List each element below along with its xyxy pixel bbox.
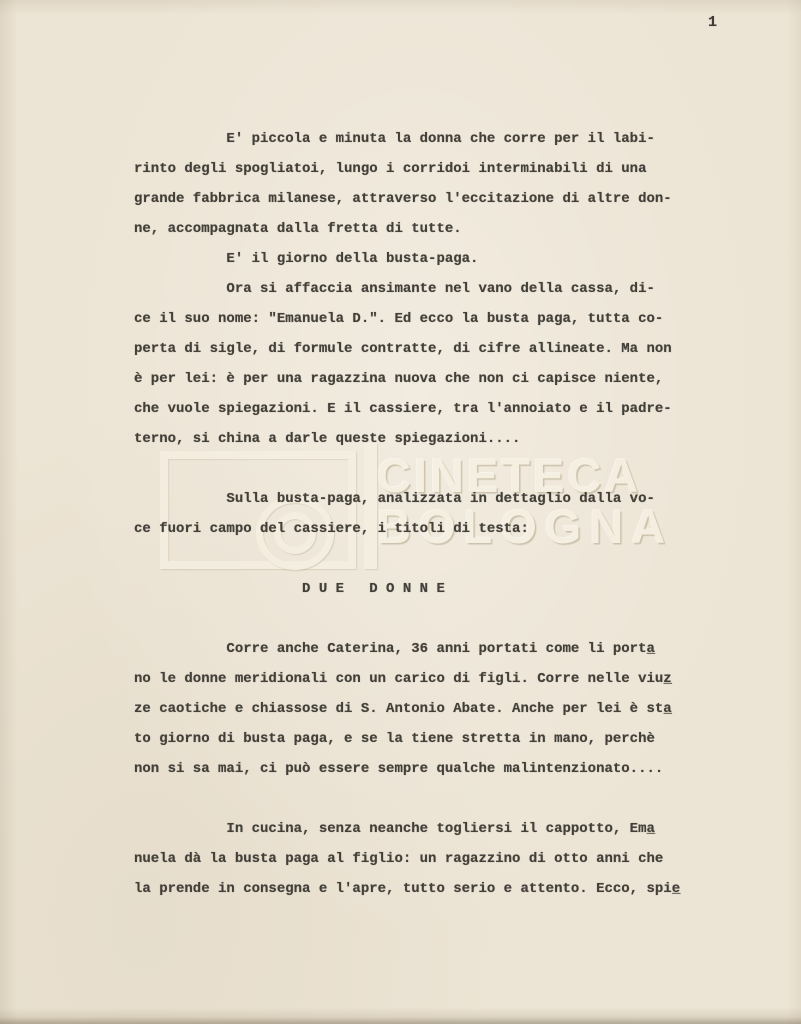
typewritten-line: non si sa mai, ci può essere sempre qual… [134,754,694,784]
typewritten-line: ne, accompagnata dalla fretta di tutte. [134,214,694,244]
typewritten-line: D U E D O N N E [134,574,694,604]
typewritten-line: E' il giorno della busta-paga. [134,244,694,274]
typewritten-line: che vuole spiegazioni. E il cassiere, tr… [134,394,694,424]
page-number: 1 [708,14,717,31]
typewritten-line: ze caotiche e chiassose di S. Antonio Ab… [134,694,694,724]
typescript: E' piccola e minuta la donna che corre p… [134,124,694,904]
typewritten-line: E' piccola e minuta la donna che corre p… [134,124,694,154]
typewritten-line: terno, si china a darle queste spiegazio… [134,424,694,454]
typewritten-line: grande fabbrica milanese, attraverso l'e… [134,184,694,214]
typewritten-line: la prende in consegna e l'apre, tutto se… [134,874,694,904]
typewritten-line: Corre anche Caterina, 36 anni portati co… [134,634,694,664]
blank-line [134,604,694,634]
blank-line [134,454,694,484]
typewritten-line: Ora si affaccia ansimante nel vano della… [134,274,694,304]
typewritten-line: nuela dà la busta paga al figlio: un rag… [134,844,694,874]
typewritten-line: no le donne meridionali con un carico di… [134,664,694,694]
scanned-page: 1 CINETECA BOLOGNA E' piccola e minuta l… [0,0,801,1024]
blank-line [134,544,694,574]
typewritten-line: Sulla busta-paga, analizzata in dettagli… [134,484,694,514]
typewritten-line: rinto degli spogliatoi, lungo i corridoi… [134,154,694,184]
typewritten-line: to giorno di busta paga, e se la tiene s… [134,724,694,754]
blank-line [134,784,694,814]
typewritten-line: perta di sigle, di formule contratte, di… [134,334,694,364]
typewritten-line: ce fuori campo del cassiere, i titoli di… [134,514,694,544]
typewritten-line: ce il suo nome: "Emanuela D.". Ed ecco l… [134,304,694,334]
typewritten-line: è per lei: è per una ragazzina nuova che… [134,364,694,394]
typewritten-line: In cucina, senza neanche togliersi il ca… [134,814,694,844]
